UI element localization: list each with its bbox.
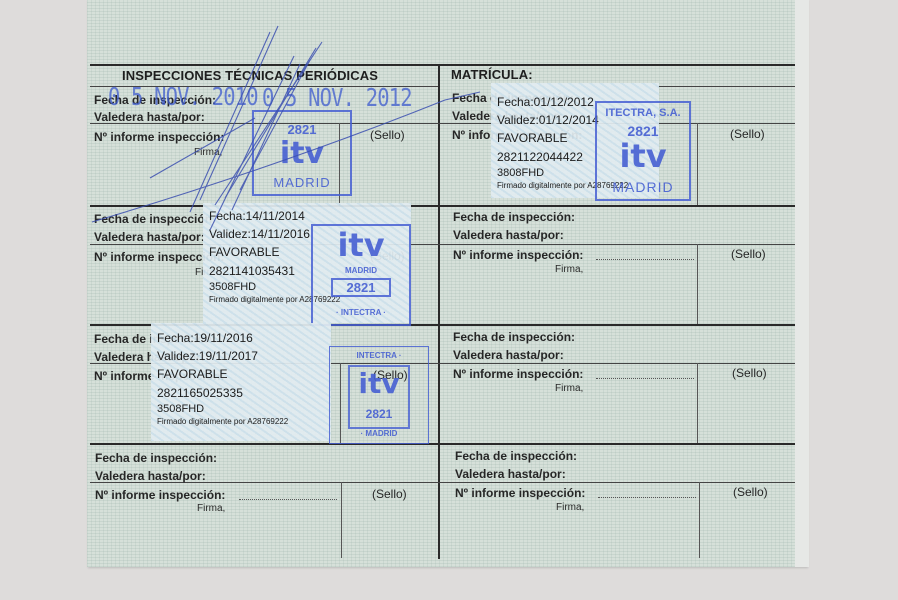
fecha-label: Fecha de inspección: [455,449,577,463]
sello-label: (Sello) [733,485,768,499]
divider [341,482,342,558]
stamp-inner-box: itv 2821 [348,365,410,429]
stamp-number: 2821 [350,407,408,421]
intectra-madrid-stamp: INTECTRA · itv 2821 · MADRID [329,346,429,444]
informe-dotted-line [598,497,696,498]
divider-center [438,64,440,559]
informe-label: Nº informe inspección: [453,248,583,262]
divider-top [90,64,795,66]
sello-label: (Sello) [731,247,766,261]
itectra-stamp: ITECTRA, S.A. 2821 itv MADRID [595,101,691,201]
sticker-fecha: Fecha:01/12/2012 [497,95,594,109]
fecha-label: Fecha de inspección: [453,330,575,344]
divider [697,123,698,205]
sticker-plate: 3508FHD [209,281,256,293]
stamp-company: ITECTRA, S.A. [597,107,689,119]
valedera-label: Valedera hasta/por: [94,110,205,124]
fecha-label: Fecha de inspección: [95,451,217,465]
sticker-report-number: 2821122044422 [497,150,583,164]
stamp-city: · MADRID [330,429,428,438]
itv-logo-icon: itv [597,137,689,175]
stamp-company: · INTECTRA · [313,308,409,317]
divider [697,363,698,443]
informe-label: Nº informe inspección: [95,488,225,502]
left-section-title: INSPECCIONES TÉCNICAS PERIÓDICAS [122,68,378,83]
divider [90,205,795,207]
stamp-company: INTECTRA · [330,351,428,360]
sticker-fecha: Fecha:19/11/2016 [157,331,253,345]
stamp-number: 2821 [254,122,350,137]
page-edge [795,0,809,567]
valedera-label: Valedera hasta/por: [453,228,564,242]
informe-dotted-line [596,259,694,260]
firma-label: Firma, [555,264,583,275]
valedera-label: Valedera hasta/por: [94,230,205,244]
sticker-report-number: 2821165025335 [157,386,243,400]
fecha-label: Fecha de inspección: [94,212,216,226]
sticker-report-number: 2821141035431 [209,264,295,278]
valedera-label: Valedera hasta/por: [453,348,564,362]
informe-label: Nº informe inspección: [94,130,224,144]
sticker-result: FAVORABLE [209,245,279,259]
valedera-label: Valedera hasta/por: [95,469,206,483]
informe-label: Nº informe inspección: [453,367,583,381]
divider [90,244,795,245]
date-stamp-2010: 0 5 NOV. 2010 [108,82,258,111]
informe-dotted-line [596,378,694,379]
stamp-city: MADRID [254,175,350,190]
sello-label: (Sello) [732,366,767,380]
sticker-result: FAVORABLE [497,131,567,145]
divider [699,482,700,558]
itv-logo-icon: itv [350,367,408,400]
divider [697,244,698,324]
sticker-result: FAVORABLE [157,367,227,381]
stamp-city: MADRID [313,266,409,275]
itv-logo-icon: itv [254,136,350,171]
itv-sticker-2016: Fecha:19/11/2016 Validez:19/11/2017 FAVO… [151,323,331,441]
matricula-label: MATRÍCULA: [451,67,533,82]
itv-logo-icon: itv [313,226,409,264]
valedera-label: Valedera hasta/por: [455,467,566,481]
date-stamp-2012: 0 5 NOV. 2012 [262,83,412,112]
sello-label: (Sello) [730,127,765,141]
sticker-validez: Validez:14/11/2016 [209,227,310,241]
sello-label: (Sello) [370,128,405,142]
itv-intectra-stamp: itv MADRID 2821 · INTECTRA · [311,224,411,326]
divider [658,86,795,87]
sticker-validez: Validez:01/12/2014 [497,113,599,127]
divider [90,443,795,445]
firma-label: Firma, [555,383,583,394]
sticker-plate: 3508FHD [157,403,204,415]
sticker-plate: 3808FHD [497,167,544,179]
fecha-label: Fecha de inspección: [453,210,575,224]
informe-dotted-line [239,499,337,500]
firma-label: Firma, [197,503,225,514]
firma-label: Firma, [194,147,222,158]
stamp-number-text: 2821 [347,280,376,295]
stamp-number: 2821 [331,278,391,297]
sticker-validez: Validez:19/11/2017 [157,349,258,363]
sello-label: (Sello) [372,487,407,501]
sticker-signed: Firmado digitalmente por A28769222 [157,417,288,426]
itv-madrid-stamp: 2821 itv MADRID [252,110,352,196]
stamp-city: MADRID [597,179,689,195]
firma-label: Firma, [556,502,584,513]
informe-label: Nº informe inspección: [455,486,585,500]
sticker-fecha: Fecha:14/11/2014 [209,209,305,223]
